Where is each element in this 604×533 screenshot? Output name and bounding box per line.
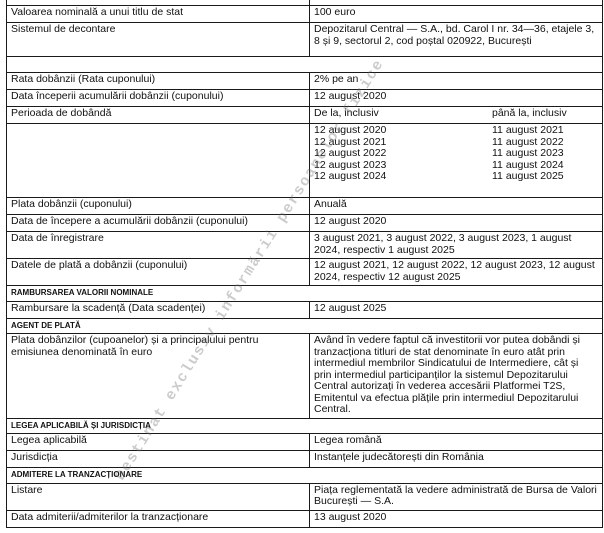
row-label	[7, 124, 310, 198]
section-title: AGENT DE PLATĂ	[7, 318, 603, 334]
section-header-trading: ADMITERE LA TRANZACȚIONARE	[7, 468, 603, 484]
row-value: 12 august 2020	[310, 90, 603, 107]
row-value: 2% pe an	[310, 73, 603, 90]
table-row-accrual-start: Data începerii acumulării dobânzii (cupo…	[7, 90, 603, 107]
row-value: 100 euro	[310, 6, 603, 23]
table-row-paying-agent: Plata dobânzilor (cupoanelor) și a princ…	[7, 334, 603, 419]
row-label: Data începerii acumulării dobânzii (cupo…	[7, 90, 310, 107]
period-to: 11 august 2021	[492, 125, 592, 137]
row-label: Datele de plată a dobânzii (cuponului)	[7, 259, 310, 286]
row-value: Piața reglementată la vedere administrat…	[310, 483, 603, 510]
period-from-header: De la, inclusiv	[314, 108, 492, 120]
period-from: 12 august 2022	[314, 148, 492, 160]
table-row-interest-period: Perioada de dobândă De la, inclusiv până…	[7, 107, 603, 124]
row-label: Sistemul de decontare	[7, 23, 310, 57]
period-headers: De la, inclusiv până la, inclusiv	[310, 107, 603, 124]
section-header-redemption: RAMBURSAREA VALORII NOMINALE	[7, 286, 603, 302]
row-value: 3 august 2021, 3 august 2022, 3 august 2…	[310, 232, 603, 259]
bond-terms-table: Valoarea nominală a unui titlu de stat 1…	[6, 0, 603, 528]
row-value: 12 august 2025	[310, 301, 603, 318]
period-dates: 12 august 2020 11 august 2021 12 august …	[310, 124, 603, 198]
period-row: 12 august 2022 11 august 2023	[314, 148, 598, 160]
row-label: Plata dobânzilor (cupoanelor) și a princ…	[7, 334, 310, 419]
section-title: ADMITERE LA TRANZACȚIONARE	[7, 468, 603, 484]
row-value: 13 august 2020	[310, 510, 603, 527]
table-row-accrual-start-2: Data de începere a acumulării dobânzii (…	[7, 215, 603, 232]
row-value: Anuală	[310, 198, 603, 215]
section-header-paying-agent: AGENT DE PLATĂ	[7, 318, 603, 334]
period-row: 12 august 2024 11 august 2025	[314, 171, 598, 183]
section-title: LEGEA APLICABILĂ ȘI JURISDICȚIA	[7, 418, 603, 434]
table-row-nominal-value: Valoarea nominală a unui titlu de stat 1…	[7, 6, 603, 23]
period-to-header: până la, inclusiv	[492, 108, 567, 120]
table-row-maturity: Rambursare la scadență (Data scadenței) …	[7, 301, 603, 318]
table-row-payment-dates: Datele de plată a dobânzii (cuponului) 1…	[7, 259, 603, 286]
period-row: 12 august 2020 11 august 2021	[314, 125, 598, 137]
period-to: 11 august 2023	[492, 148, 592, 160]
row-value: Având în vedere faptul că investitorii v…	[310, 334, 603, 419]
period-from: 12 august 2024	[314, 171, 492, 183]
period-to: 11 august 2025	[492, 171, 592, 183]
row-label: Valoarea nominală a unui titlu de stat	[7, 6, 310, 23]
table-row-applicable-law: Legea aplicabilă Legea română	[7, 434, 603, 451]
row-value: 12 august 2021, 12 august 2022, 12 augus…	[310, 259, 603, 286]
table-row-settlement-system: Sistemul de decontare Depozitarul Centra…	[7, 23, 603, 57]
row-value: Depozitarul Central — S.A., bd. Carol I …	[310, 23, 603, 57]
table-row-spacer	[7, 57, 603, 73]
empty-section-row	[7, 57, 603, 73]
row-label: Rata dobânzii (Rata cuponului)	[7, 73, 310, 90]
row-label: Rambursare la scadență (Data scadenței)	[7, 301, 310, 318]
row-value: Legea română	[310, 434, 603, 451]
row-label: Plata dobânzii (cuponului)	[7, 198, 310, 215]
section-header-law: LEGEA APLICABILĂ ȘI JURISDICȚIA	[7, 418, 603, 434]
row-label: Data de începere a acumulării dobânzii (…	[7, 215, 310, 232]
table-row-interest-rate: Rata dobânzii (Rata cuponului) 2% pe an	[7, 73, 603, 90]
table-row-jurisdiction: Jurisdicția Instanțele judecătorești din…	[7, 451, 603, 468]
row-label: Data de înregistrare	[7, 232, 310, 259]
row-label: Jurisdicția	[7, 451, 310, 468]
row-label: Perioada de dobândă	[7, 107, 310, 124]
table-row-admission-date: Data admiterii/admiterilor la tranzacțio…	[7, 510, 603, 527]
row-label: Listare	[7, 483, 310, 510]
section-title: RAMBURSAREA VALORII NOMINALE	[7, 286, 603, 302]
table-row-period-dates: 12 august 2020 11 august 2021 12 august …	[7, 124, 603, 198]
table-row-coupon-payment: Plata dobânzii (cuponului) Anuală	[7, 198, 603, 215]
row-label: Legea aplicabilă	[7, 434, 310, 451]
row-value: 12 august 2020	[310, 215, 603, 232]
period-from: 12 august 2020	[314, 125, 492, 137]
table-row-record-date: Data de înregistrare 3 august 2021, 3 au…	[7, 232, 603, 259]
row-label: Data admiterii/admiterilor la tranzacțio…	[7, 510, 310, 527]
table-row-listing: Listare Piața reglementată la vedere adm…	[7, 483, 603, 510]
row-value: Instanțele judecătorești din România	[310, 451, 603, 468]
